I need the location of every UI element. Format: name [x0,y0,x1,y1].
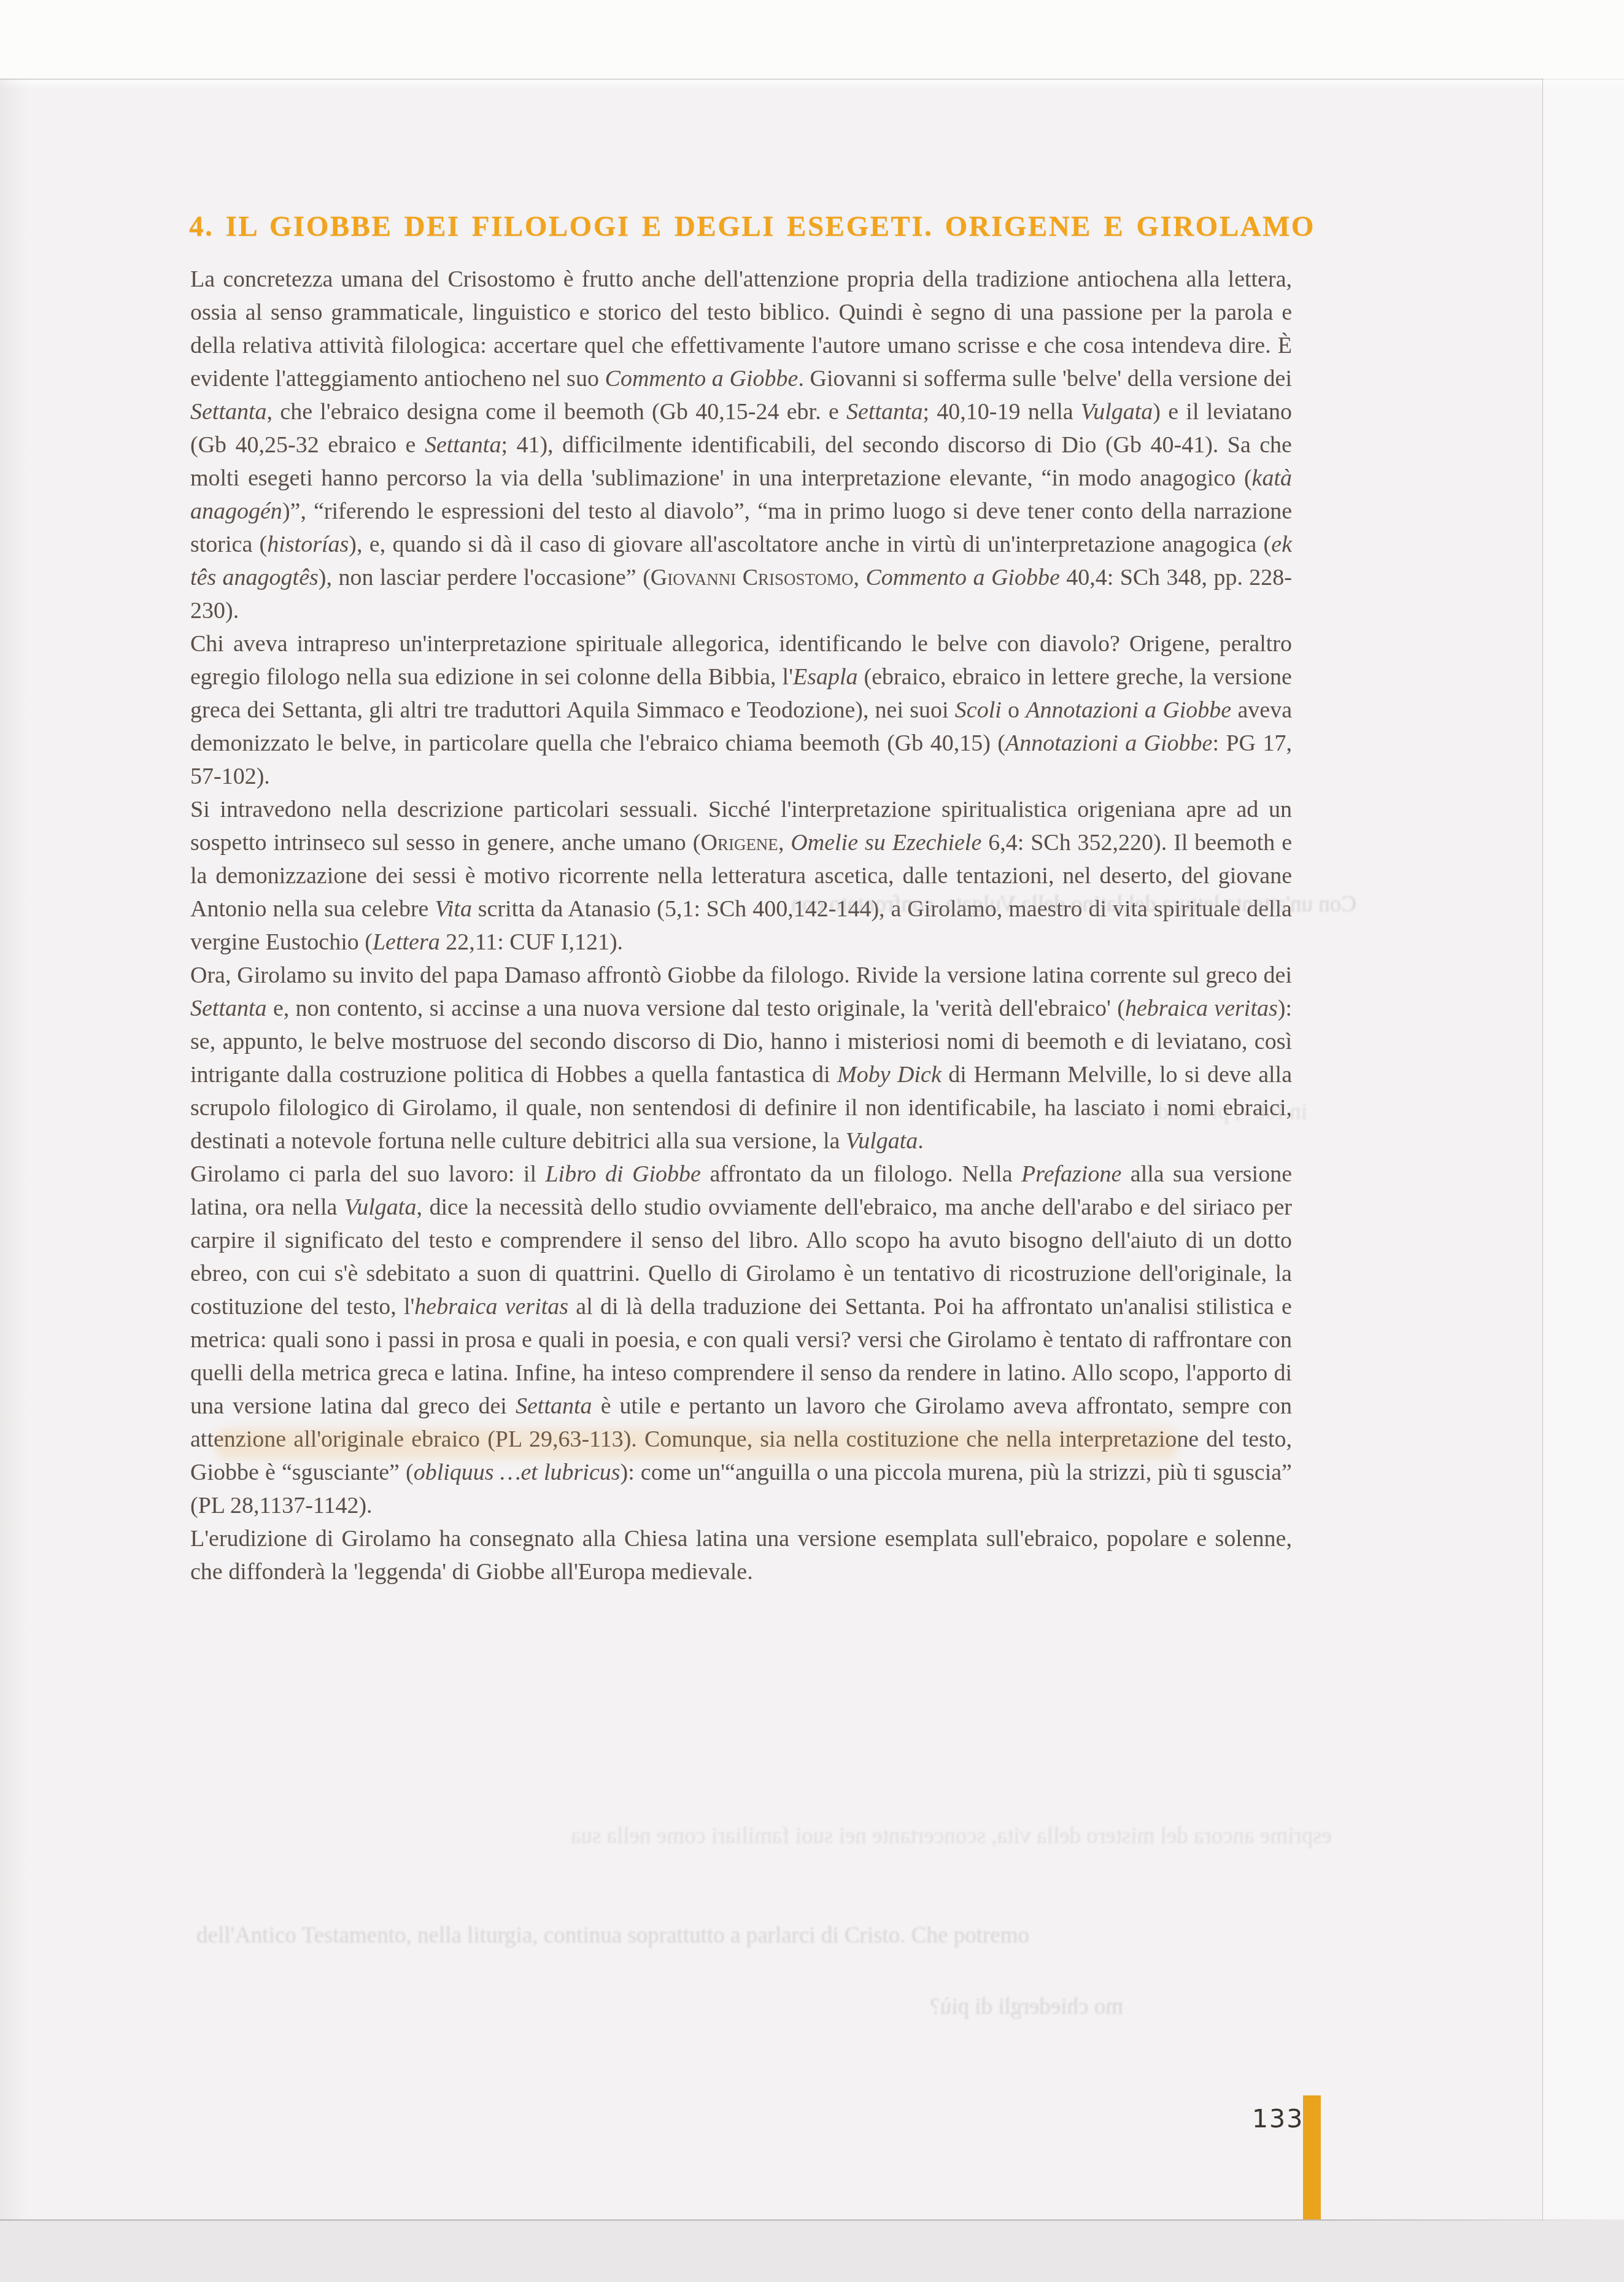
small-caps-run: Origene [700,830,778,856]
italic-run: hebraica veritas [414,1294,568,1320]
italic-run: Lettera [373,929,440,955]
page-right-edge [1542,79,1543,2220]
italic-run: Scoli [955,697,1002,723]
italic-run: Settanta [516,1393,592,1419]
italic-run: Annotazioni a Giobbe [1026,697,1231,723]
page-number: 133 [1252,2104,1295,2133]
showthrough-highlight [215,1429,1178,1458]
body-text: La concretezza umana del Crisostomo è fr… [190,263,1292,1588]
italic-run: Moby Dick [837,1062,942,1088]
italic-run: Annotazioni a Giobbe [1005,730,1212,756]
italic-run: historías [267,532,349,557]
italic-run: Settanta [425,432,501,458]
page-right-margin-area [1543,79,1624,2221]
showthrough-line: dell'Antico Testamento, nella liturgia, … [196,1922,1344,1949]
paragraph: Si intravedono nella descrizione partico… [190,793,1292,959]
italic-run: Settanta [190,399,267,425]
section-heading: 4. IL GIOBBE DEI FILOLOGI E DEGLI ESEGET… [189,210,1315,243]
italic-run: Settanta [846,399,923,425]
italic-run: Omelie su Ezechiele [791,830,981,856]
italic-run: katà anagogén [190,465,1292,524]
italic-run: Libro di Giobbe [545,1161,701,1187]
italic-run: Vulgata [1081,399,1153,425]
paragraph: L'erudizione di Girolamo ha consegnato a… [190,1522,1292,1588]
italic-run: hebraica veritas [1125,996,1278,1021]
italic-run: Vita [435,896,472,922]
showthrough-line: Con un'attenta lettura del latino della … [601,891,1356,918]
page-margin-bar [1303,2095,1321,2220]
scanned-page: 4. IL GIOBBE DEI FILOLOGI E DEGLI ESEGET… [0,0,1624,2221]
italic-run: Commento a Giobbe [865,565,1059,590]
italic-run: Esapla [793,664,858,690]
italic-run: Prefazione [1021,1161,1121,1187]
paragraph: La concretezza umana del Crisostomo è fr… [190,263,1292,627]
showthrough-line: in Iob -, profondamente [878,1099,1307,1125]
italic-run: Vulgata [846,1128,918,1154]
italic-run: Settanta [190,996,267,1021]
showthrough-line: mo chiedergli di più? [804,1994,1123,2020]
scanned-document: 4. IL GIOBBE DEI FILOLOGI E DEGLI ESEGET… [0,0,1624,2282]
showthrough-line: esprime ancora del mistero della vita, s… [203,1823,1332,1849]
paragraph: Girolamo ci parla del suo lavoro: il Lib… [190,1158,1292,1522]
italic-run: Commento a Giobbe [605,366,798,392]
page-bottom-edge [0,2219,1624,2221]
page-fold-highlight [0,0,1624,80]
paragraph: Chi aveva intrapreso un'interpretazione … [190,627,1292,793]
paragraph: Ora, Girolamo su invito del papa Damaso … [190,959,1292,1158]
small-caps-run: Giovanni Crisostomo [651,565,854,590]
italic-run: Vulgata [344,1194,417,1220]
italic-run: obliquus …et lubricus [414,1460,621,1485]
